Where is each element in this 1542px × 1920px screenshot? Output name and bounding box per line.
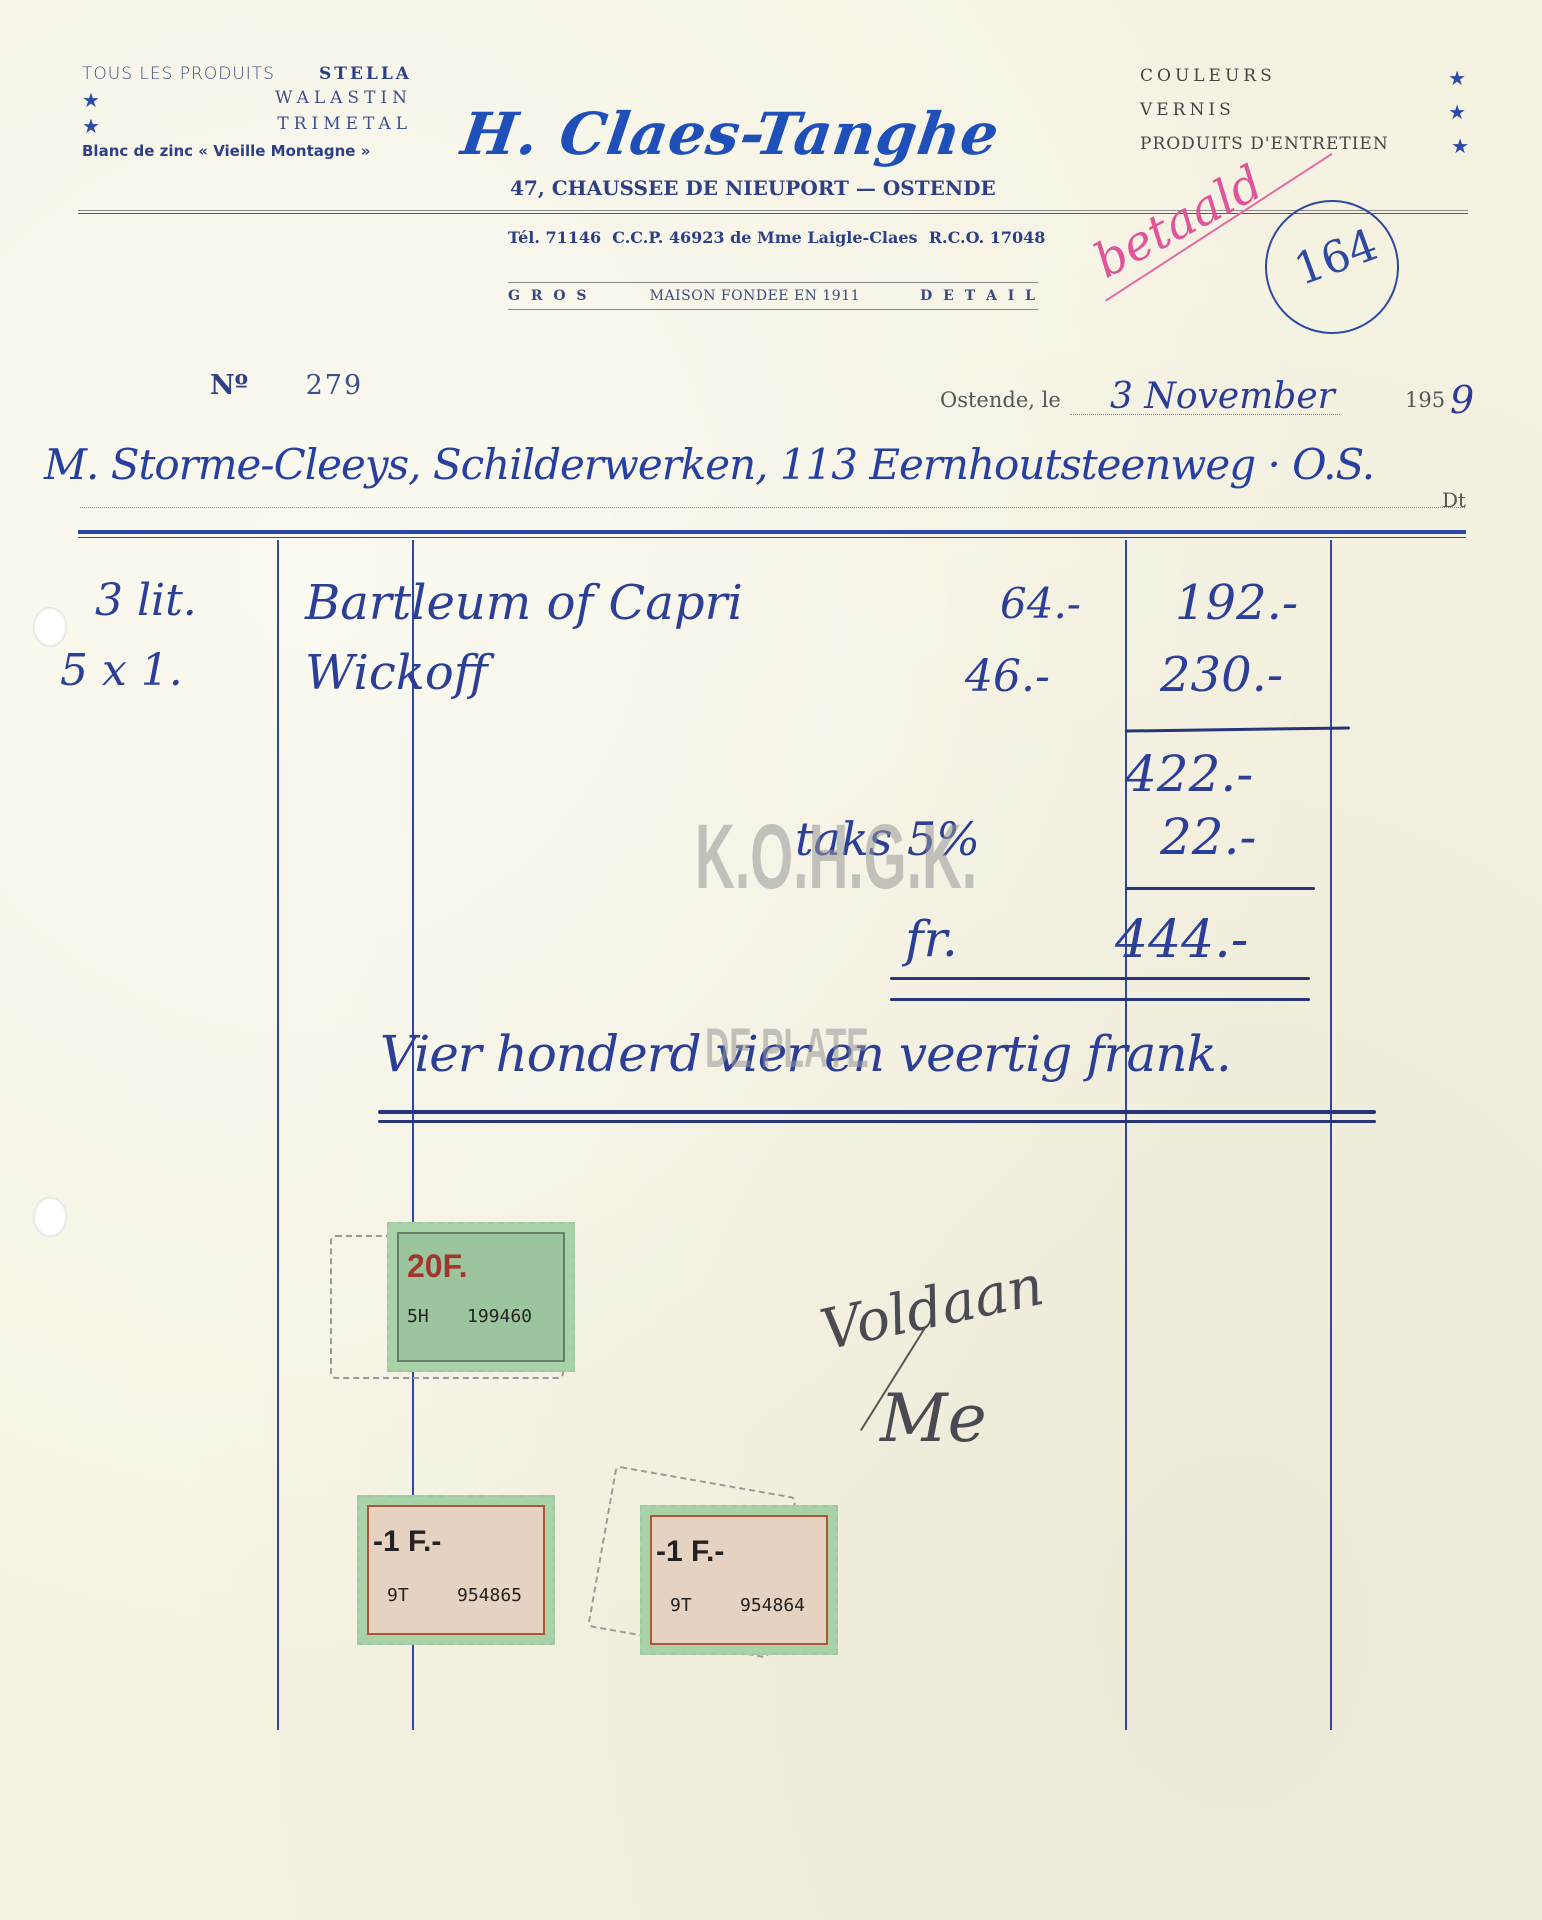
line-item: 5 x 1. Wickoff 46.- 230.- (0, 645, 1542, 705)
stamp-series: 9T (387, 1585, 409, 1606)
fiscal-stamp: 20F. 5H 199460 (387, 1222, 575, 1372)
letterhead-left: TOUS LES PRODUITS STELLA ★ WALASTIN ★ TR… (82, 64, 412, 160)
date-handwritten: 3 November (1110, 376, 1335, 417)
wholesale-retail-bar: G R O S MAISON FONDEE EN 1911 D E T A I … (508, 282, 1038, 310)
letterhead-right: COULEURS ★ VERNIS ★ PRODUITS D'ENTRETIEN… (1140, 66, 1470, 158)
watermark-kohgk: K.O.H.G.K. (695, 805, 977, 910)
brand-trimetal: TRIMETAL (277, 114, 412, 138)
line-item: 3 lit. Bartleum of Capri 64.- 192.- (0, 575, 1542, 635)
detail-label: D E T A I L (920, 288, 1038, 304)
star-icon: ★ (1448, 66, 1470, 90)
total-amount: 444.- (1115, 910, 1248, 970)
founded-label: MAISON FONDEE EN 1911 (650, 288, 860, 304)
item-amount: 192.- (1175, 575, 1298, 631)
column-divider (277, 540, 279, 1730)
invoice-number: Nº 279 (210, 370, 363, 401)
table-top-rule-thin (78, 537, 1466, 538)
varnish-label: VERNIS (1140, 100, 1235, 124)
fiscal-stamp: -1 F.- 9T 954865 (357, 1495, 555, 1645)
company-contact: Tél. 71146 C.C.P. 46923 de Mme Laigle-Cl… (508, 228, 1045, 247)
total-rule (1125, 887, 1315, 890)
signature: Me (880, 1380, 987, 1457)
maintenance-label: PRODUITS D'ENTRETIEN (1140, 134, 1389, 158)
products-label: TOUS LES PRODUITS (82, 64, 275, 84)
table-top-rule (78, 530, 1466, 534)
watermark-de-plate: DE PLATE (705, 1015, 869, 1080)
punch-hole (33, 1197, 67, 1237)
fiscal-stamp: -1 F.- 9T 954864 (640, 1505, 838, 1655)
gros-label: G R O S (508, 288, 590, 304)
stamp-value: -1 F.- (373, 1525, 441, 1559)
stamp-series: 5H (407, 1306, 429, 1327)
colors-label: COULEURS (1140, 66, 1276, 90)
star-icon: ★ (1451, 134, 1470, 158)
year-prefix: 195 (1405, 388, 1445, 412)
total-label: fr. (905, 910, 958, 968)
brand-walastin: WALASTIN (275, 88, 412, 112)
stamp-value: -1 F.- (656, 1535, 724, 1569)
invoice-number-label: Nº (210, 370, 248, 401)
date-line: Ostende, le 3 November 195 9 (940, 388, 1485, 412)
item-unit-price: 46.- (965, 651, 1050, 702)
item-description: Bartleum of Capri (305, 575, 743, 631)
zinc-note: Blanc de zinc « Vieille Montagne » (82, 142, 412, 160)
total-underline (890, 977, 1310, 980)
invoice-number-value: 279 (306, 370, 364, 401)
stamp-number: 954864 (740, 1595, 805, 1616)
tax-amount: 22.- (1160, 808, 1256, 866)
debit-label: Dt (1442, 488, 1466, 512)
star-icon: ★ (82, 114, 100, 138)
recipient-handwritten: M. Storme-Cleeys, Schilderwerken, 113 Ee… (44, 440, 1374, 489)
item-amount: 230.- (1160, 647, 1283, 703)
circled-number-text: 164 (1288, 219, 1384, 296)
star-icon: ★ (1448, 100, 1470, 124)
star-icon: ★ (82, 88, 100, 112)
total-double-underline (890, 998, 1310, 1001)
stamp-series: 9T (670, 1595, 692, 1616)
stamp-number: 954865 (457, 1585, 522, 1606)
company-address: 47, CHAUSSEE DE NIEUPORT — OSTENDE (510, 176, 996, 200)
stamp-number: 199460 (467, 1306, 532, 1327)
subtotal-amount: 422.- (1125, 745, 1253, 803)
column-divider (1125, 540, 1127, 1730)
words-underline (378, 1110, 1376, 1114)
stamp-value: 20F. (407, 1248, 467, 1285)
column-divider (1330, 540, 1332, 1730)
item-qty: 3 lit. (95, 575, 197, 626)
year-suffix: 9 (1450, 378, 1474, 422)
brand-stella: STELLA (319, 64, 412, 84)
item-qty: 5 x 1. (60, 645, 183, 696)
place-label: Ostende, le (940, 388, 1061, 412)
words-double-underline (378, 1120, 1376, 1123)
item-description: Wickoff (305, 645, 488, 701)
item-unit-price: 64.- (1000, 579, 1081, 628)
company-logo: H. Claes-Tanghe (457, 100, 1004, 168)
